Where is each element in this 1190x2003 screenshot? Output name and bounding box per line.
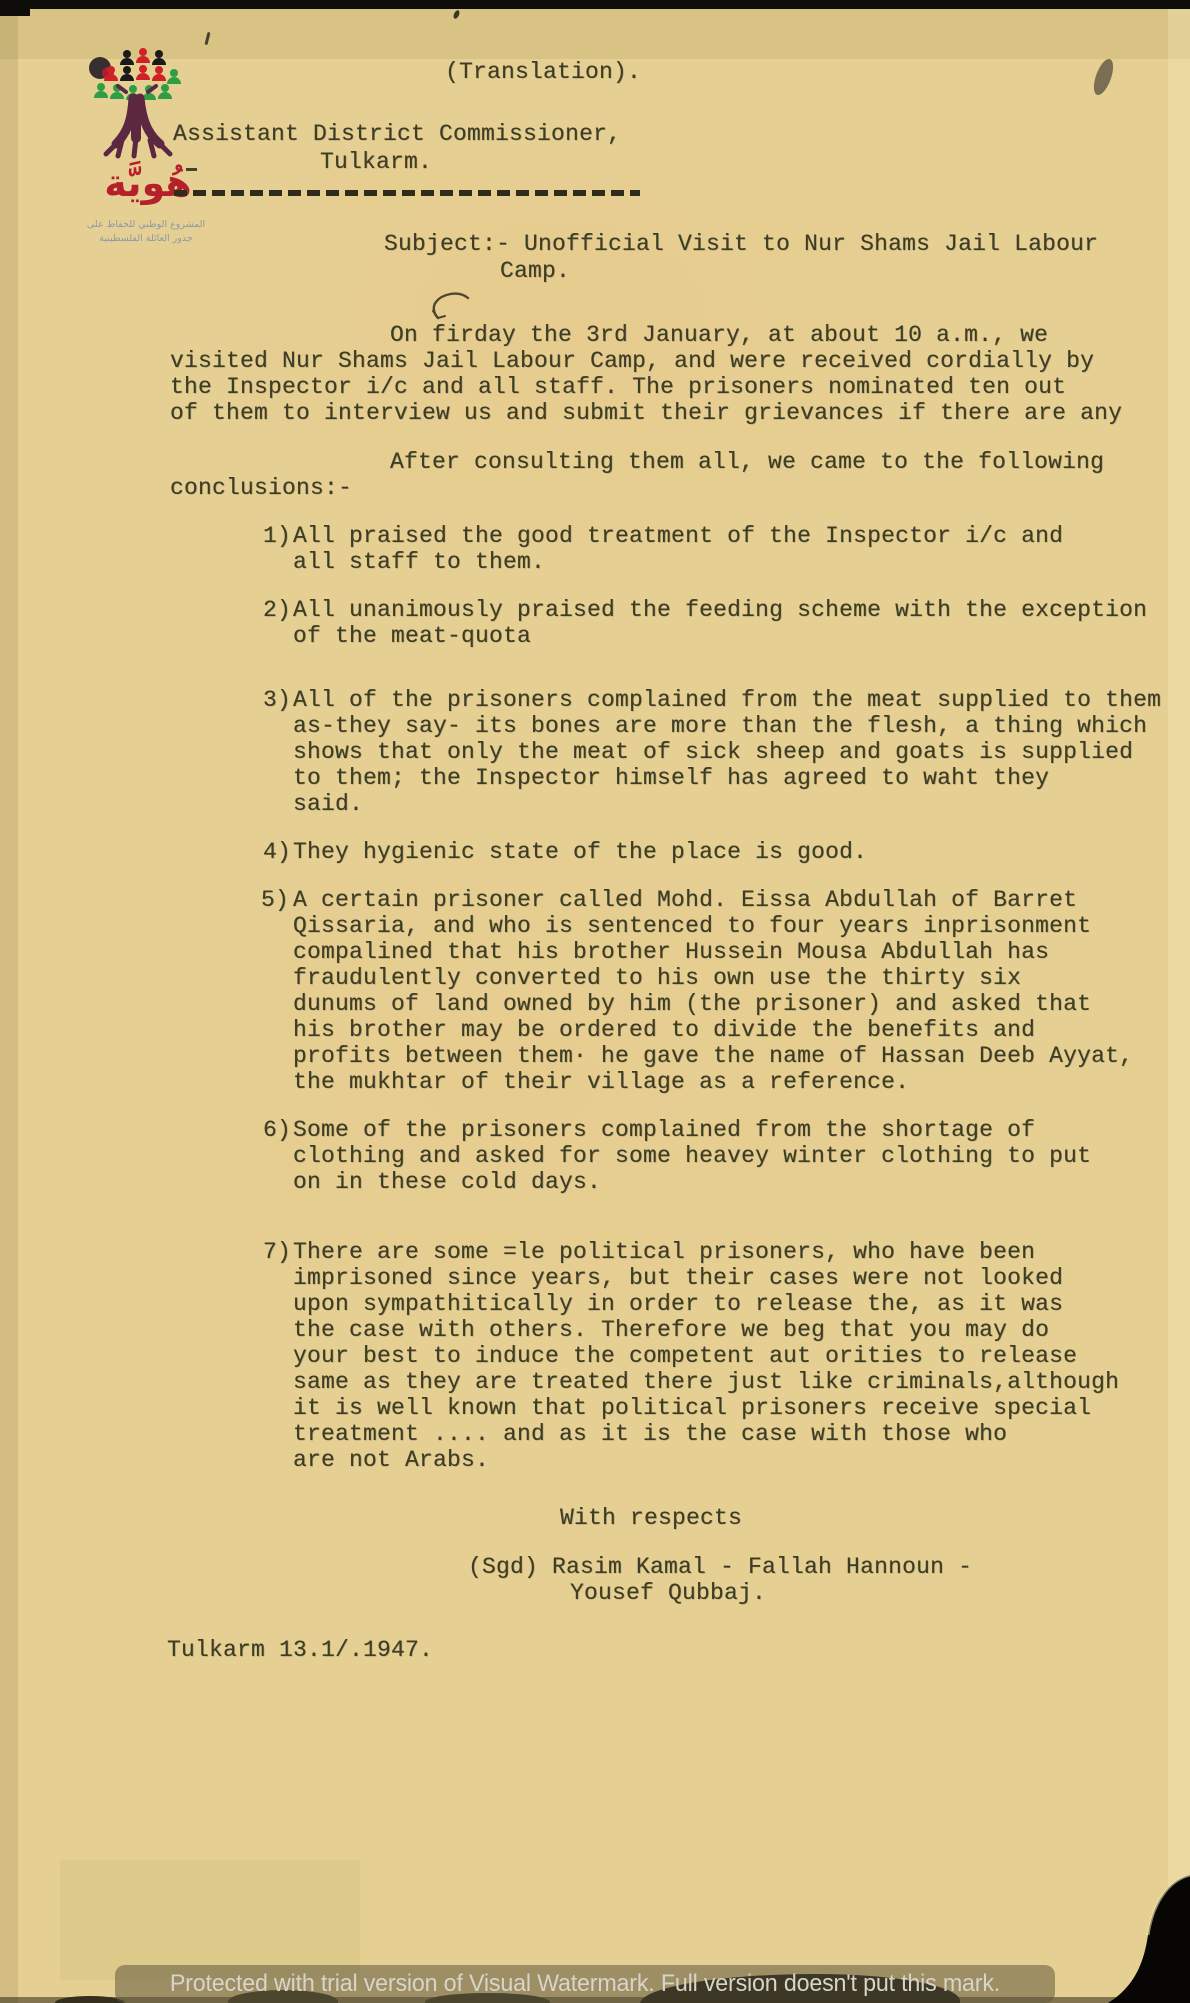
list-number: 5) [261,888,289,913]
typewritten-line: of the meat-quota [293,624,531,649]
ink-smudge [1090,57,1117,98]
typewritten-line: are not Arabs. [293,1448,489,1473]
pen-dash-mark [186,168,197,171]
typewritten-line: All of the prisoners complained from the… [293,688,1161,713]
paper-tint [60,1860,360,1980]
typewritten-line: On firday the 3rd January, at about 10 a… [390,323,1048,348]
list-number: 7) [263,1240,291,1265]
pen-flourish-mark [428,292,474,320]
typewritten-line: After consulting them all, we came to th… [390,450,1104,475]
signature-line2: Yousef Qubbaj. [570,1581,766,1606]
logo-tagline-line2: جذور العائلة الفلسطينية [66,232,226,245]
scan-blotch [55,1996,125,2003]
trial-watermark-text: Protected with trial version of Visual W… [170,1970,1000,1998]
typewritten-line: of them to interview us and submit their… [170,401,1122,426]
ink-speck [452,9,460,19]
list-number: 3) [263,688,291,713]
typewritten-line: all staff to them. [293,550,545,575]
typewritten-line: dunums of land owned by him (the prisone… [293,992,1091,1017]
typewritten-line: the Inspector i/c and all staff. The pri… [170,375,1066,400]
typewritten-line: same as they are treated there just like… [293,1370,1119,1395]
typewritten-line: Some of the prisoners complained from th… [293,1118,1035,1143]
paper-right-edge-light [1168,0,1190,2003]
logo-tagline-line1: المشروع الوطني للحفاظ على [66,218,226,231]
typewritten-line: on in these cold days. [293,1170,601,1195]
typewritten-line: the case with others. Therefore we beg t… [293,1318,1049,1343]
scanned-letter-page: هُويَّة المشروع الوطني للحفاظ على جذور ا… [0,0,1190,2003]
typewritten-line: They hygienic state of the place is good… [293,840,867,865]
typewritten-line: to them; the Inspector himself has agree… [293,766,1049,791]
typewritten-line: the mukhtar of their village as a refere… [293,1070,909,1095]
typewritten-line: as-they say- its bones are more than the… [293,714,1147,739]
logo-wordmark-arabic: هُويَّة [104,160,192,205]
typewritten-line: All unanimously praised the feeding sche… [293,598,1147,623]
list-number: 2) [263,598,291,623]
typewritten-line: upon sympathitically in order to release… [293,1292,1063,1317]
typewritten-line: shows that only the meat of sick sheep a… [293,740,1133,765]
signature-line1: (Sgd) Rasim Kamal - Fallah Hannoun - [468,1555,972,1580]
scan-top-left-corner [0,0,30,16]
typewritten-line: profits between them· he gave the name o… [293,1044,1133,1069]
dashed-rule [174,190,640,196]
typewritten-line: your best to induce the competent aut or… [293,1344,1077,1369]
typewritten-line: his brother may be ordered to divide the… [293,1018,1035,1043]
subject-line1: Subject:- Unofficial Visit to Nur Shams … [384,232,1098,257]
typewritten-line: There are some =le political prisoners, … [293,1240,1035,1265]
typewritten-line: fraudulently converted to his own use th… [293,966,1021,991]
typewritten-line: visited Nur Shams Jail Labour Camp, and … [170,349,1094,374]
typewritten-line: Qissaria, and who is sentenced to four y… [293,914,1091,939]
typewritten-line: clothing and asked for some heavey winte… [293,1144,1091,1169]
scan-corner-dogear [1108,1875,1190,2003]
list-number: 4) [263,840,291,865]
pen-tick-mark [204,32,210,45]
typewritten-line: imprisoned since years, but their cases … [293,1266,1063,1291]
scan-top-edge [0,0,1190,9]
closing-salutation: With respects [560,1506,742,1531]
typewritten-line: treatment .... and as it is the case wit… [293,1422,1007,1447]
paper-left-edge-shade [0,0,18,2003]
typewritten-line: said. [293,792,363,817]
subject-line2: Camp. [500,259,570,284]
addressee-line1: Assistant District Commissioner, [173,122,621,147]
typewritten-line: compalined that his brother Hussein Mous… [293,940,1049,965]
trial-watermark-bar: Protected with trial version of Visual W… [115,1965,1055,2003]
addressee-line2: Tulkarm. [320,150,432,175]
typewritten-line: conclusions:- [170,476,352,501]
typewritten-line: All praised the good treatment of the In… [293,524,1063,549]
list-number: 6) [263,1118,291,1143]
typewritten-line: it is well known that political prisoner… [293,1396,1091,1421]
typewritten-line: A certain prisoner called Mohd. Eissa Ab… [293,888,1077,913]
list-number: 1) [263,524,291,549]
translation-note: (Translation). [445,60,641,85]
place-dateline: Tulkarm 13.1/.1947. [167,1638,433,1663]
